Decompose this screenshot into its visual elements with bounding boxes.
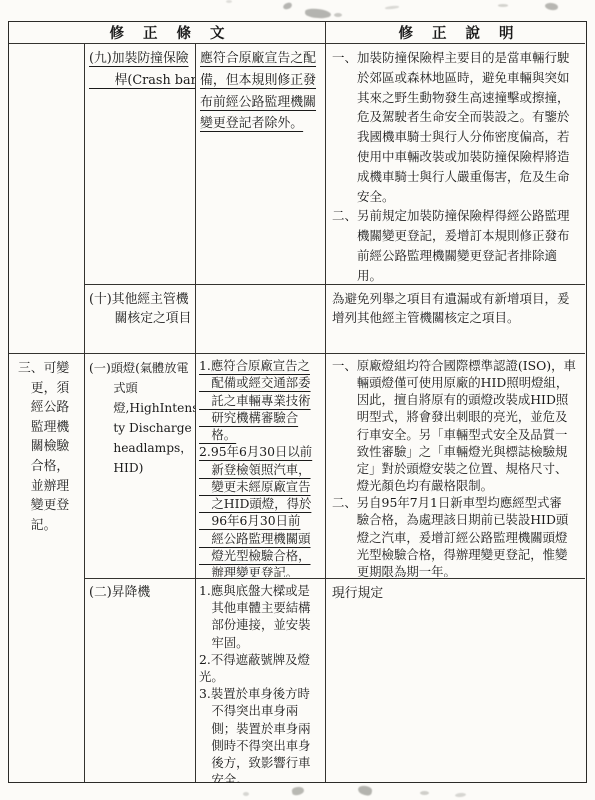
pencil-smudge xyxy=(334,13,342,17)
provision-cell-hid-headlamps: 1.應符合原廠宣告之 配備或經交通部委 託之車輛專業技術 研究機構審驗合 格。 … xyxy=(197,354,325,577)
explanation-cell-hid-headlamps: 一、原廠燈組均符合國際標準認證(ISO)，車 輛頭燈僅可使用原廠的HID照明燈組… xyxy=(327,354,587,577)
pencil-smudge xyxy=(385,5,399,9)
pencil-smudge xyxy=(455,793,466,798)
pencil-smudge xyxy=(498,4,508,7)
pencil-smudge xyxy=(420,791,429,795)
amendment-comparison-table: 修正條文 修正說明 三、可變 更，須 經公路 監理機 關檢驗 合格， 並辦理 變… xyxy=(8,21,587,783)
explanation-cell-lift: 現行規定 xyxy=(327,579,587,783)
header-amended-provisions: 修正條文 xyxy=(9,22,325,43)
pencil-smudge xyxy=(544,2,558,11)
provision-cell-lift: 1.應與底盤大樑或是 其他車體主要結構 部份連接，並安裝 牢固。 2.不得遮蔽號… xyxy=(197,579,325,783)
pencil-smudge xyxy=(226,0,232,3)
provision-cell-crash-bars: 應符合原廠宣告之配 備，但本規則修正發 布前經公路監理機關 變更登記者除外。 xyxy=(197,44,325,283)
explanation-cell-other-approved-items: 為避免列舉之項目有遺漏或有新增項目，爰 增列其他經主管機關核定之項目。 xyxy=(327,285,587,352)
header-amendment-explanation-label: 修正說明 xyxy=(399,22,533,43)
item-cell-lift: (二)昇降機 xyxy=(85,579,195,783)
header-amendment-explanation: 修正說明 xyxy=(326,22,586,43)
item-cell-crash-bars: (九)加裝防撞保險 桿(Crash bars) xyxy=(85,44,195,283)
pencil-smudge xyxy=(243,792,249,796)
explanation-current-regulation-label: 現行規定 xyxy=(332,586,383,601)
scanned-document-page: 修正條文 修正說明 三、可變 更，須 經公路 監理機 關檢驗 合格， 並辦理 變… xyxy=(0,0,595,800)
category-cell-changeable-with-inspection: 三、可變 更，須 經公路 監理機 關檢驗 合格， 並辦理 變更登 記。 xyxy=(9,354,84,782)
pencil-smudge xyxy=(357,785,373,797)
pencil-smudge xyxy=(292,786,305,796)
pencil-smudge xyxy=(305,8,332,19)
header-amended-provisions-label: 修正條文 xyxy=(110,22,244,43)
pencil-smudge xyxy=(282,2,292,10)
item-cell-hid-headlamps: (一)頭燈(氣體放電 式頭 燈,HighIntensi ty Discharge… xyxy=(85,354,195,577)
item-cell-other-approved-items: (十)其他經主管機 關核定之項目 xyxy=(85,285,195,352)
explanation-cell-crash-bars: 一、加裝防撞保險桿主要目的是當車輛行駛 於郊區或森林地區時，避免車輛與突如 其來… xyxy=(327,44,587,283)
